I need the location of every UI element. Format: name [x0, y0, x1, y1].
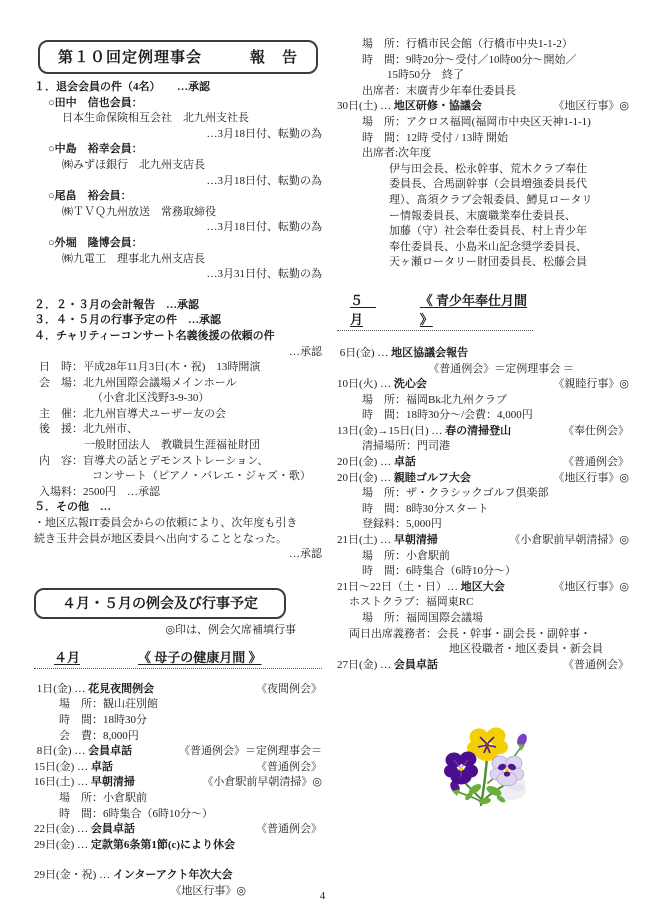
text-line: ㈱みずほ銀行 北九州支店長 — [34, 158, 322, 174]
event-annotation: 《夜間例会》 — [256, 682, 322, 698]
april-section-header: ４月 《 母子の健康月間 》 — [34, 647, 322, 669]
event-annotation: 《親睦行事》◎ — [553, 377, 629, 393]
event-title: 地区研修・協議会 — [394, 99, 482, 115]
may-theme-label: 《 青少年奉仕月間 》 — [420, 290, 533, 328]
text-line: …3月31日付、転勤の為 — [34, 267, 322, 283]
text-line: 伊与田会長、松永幹事、荒木クラブ奉仕 — [337, 162, 629, 178]
event-annotation: 《奉仕例会》 — [563, 424, 629, 440]
event-date: 30日(土) … — [337, 99, 394, 115]
left-column: 第１０回定例理事会 報 告 １．退会会員の件（4名） …承認○田中 信也会員：日… — [34, 40, 322, 900]
text-line: 入場料：2500円 …承認 — [34, 485, 322, 501]
text-line: 出席者:次年度 — [337, 146, 629, 162]
event-annotation: 《普通例会》 — [256, 822, 322, 838]
text-line: …3月18日付、転勤の為 — [34, 127, 322, 143]
text-line: ４．チャリティーコンサート名義後援の依頼の件 — [34, 329, 322, 345]
text-line: 場 所：観山荘別館 — [34, 697, 322, 713]
event-date: 10日(火) … — [337, 377, 394, 393]
text-line: 登録料：5,000円 — [337, 517, 629, 533]
text-line: 内 容：盲導犬の話とデモンストレーション、 — [34, 454, 322, 470]
event-date: 21日～22日（土・日）… — [337, 580, 461, 596]
event-annotation: 《地区行事》◎ — [553, 580, 629, 596]
text-line: …3月18日付、転勤の為 — [34, 174, 322, 190]
event-annotation: 《普通例会》 — [563, 658, 629, 674]
text-line: ○田中 信也会員： — [34, 96, 322, 112]
event-line: 1日(金) … 花見夜間例会《夜間例会》 — [34, 682, 322, 698]
event-title: 洗心会 — [394, 377, 427, 393]
may-section-header: ５ 月 《 青少年奉仕月間 》 — [337, 290, 533, 331]
event-line: 20日(金) … 親睦ゴルフ大会《地区行事》◎ — [337, 471, 629, 487]
text-line: 奉仕委員長、小島米山記念奨学委員長、 — [337, 240, 629, 256]
text-line: 日本生命保険相互会社 北九州支社長 — [34, 111, 322, 127]
event-line: 22日(金) … 会員卓話《普通例会》 — [34, 822, 322, 838]
event-date: 15日(金) … — [34, 760, 91, 776]
april-month-label: ４月 — [54, 647, 80, 666]
text-line: 時 間：12時 受付 / 13時 開始 — [337, 131, 629, 147]
text-line: 一般財団法人 教職員生涯福祉財団 — [34, 438, 322, 454]
text-line: ○外堀 隆博会員： — [34, 236, 322, 252]
event-line: 10日(火) … 洗心会《親睦行事》◎ — [337, 377, 629, 393]
event-date: 6日(金) … — [337, 346, 391, 362]
event-date: 29日(金) … — [34, 838, 91, 854]
event-annotation: 《普通例会》 — [563, 455, 629, 471]
text-line: 場 所：小倉駅前 — [34, 791, 322, 807]
text-line: …3月18日付、転勤の為 — [34, 220, 322, 236]
event-line: 13日(金)→15日(日) … 春の清掃登山《奉仕例会》 — [337, 424, 629, 440]
event-line: 29日(金・祝) … インターアクト年次大会 — [34, 868, 322, 884]
event-date: 29日(金・祝) … — [34, 868, 113, 884]
text-line: …承認 — [34, 345, 322, 361]
event-title: 地区大会 — [461, 580, 505, 596]
board-report-title-box: 第１０回定例理事会 報 告 — [38, 40, 318, 74]
bud-top-right — [515, 732, 529, 751]
event-title: 会員卓話 — [394, 658, 438, 674]
event-annotation: 《普通例会》 — [256, 760, 322, 776]
text-line: ホストクラブ：福岡東RC — [337, 595, 629, 611]
text-line: 時 間：9時20分～受付／10時00分～開始／ — [337, 53, 629, 69]
event-line: 21日～22日（土・日）… 地区大会《地区行事》◎ — [337, 580, 629, 596]
newsletter-page: 第１０回定例理事会 報 告 １．退会会員の件（4名） …承認○田中 信也会員：日… — [0, 0, 645, 913]
text-line: １．退会会員の件（4名） …承認 — [34, 80, 322, 96]
april-schedule-continued: 場 所：行橋市民会館（行橋市中央1-1-2）時 間：9時20分～受付／10時00… — [337, 37, 629, 271]
may-month-label: ５ 月 — [350, 290, 386, 328]
text-line: 日 時：平成28年11月3日(木・祝) 13時開演 — [34, 360, 322, 376]
text-line: 時 間：8時30分スタート — [337, 502, 629, 518]
text-line: …承認 — [34, 547, 322, 563]
event-line: 30日(土) … 地区研修・協議会《地区行事》◎ — [337, 99, 629, 115]
event-annotation: 《小倉駅前早朝清掃》◎ — [509, 533, 629, 549]
event-date: 8日(金) … — [34, 744, 88, 760]
right-column: 場 所：行橋市民会館（行橋市中央1-1-2）時 間：9時20分～受付／10時00… — [337, 37, 629, 673]
text-line: 時 間：18時30分～/会費：4,000円 — [337, 408, 629, 424]
text-line: 後 援：北九州市、 — [34, 422, 322, 438]
text-line: 両日出席義務者：会長・幹事・副会長・副幹事・ — [337, 627, 629, 643]
text-line: 出席者：末廣青少年奉仕委員長 — [337, 84, 629, 100]
event-line: 16日(土) … 早朝清掃《小倉駅前早朝清掃》◎ — [34, 775, 322, 791]
schedule-title: ４月・５月の例会及び行事予定 — [62, 597, 258, 612]
event-line: 20日(金) … 卓話《普通例会》 — [337, 455, 629, 471]
text-line: ・地区広報IT委員会からの依頼により、次年度も引き — [34, 516, 322, 532]
event-title: インターアクト年次大会 — [113, 868, 233, 884]
text-line: 加藤（守）社会奉仕委員長、村上青少年 — [337, 224, 629, 240]
purple-pansy — [444, 752, 478, 785]
may-schedule-list: 6日(金) … 地区協議会報告《普通例会》＝定例理事会 ＝10日(火) … 洗心… — [337, 346, 629, 673]
event-title: 早朝清掃 — [394, 533, 438, 549]
text-line: 場 所：行橋市民会館（行橋市中央1-1-2） — [337, 37, 629, 53]
event-date: 22日(金) … — [34, 822, 91, 838]
text-line: 場 所：福岡Bk北九州クラブ — [337, 393, 629, 409]
text-line: ２．２・３月の会計報告 …承認 — [34, 298, 322, 314]
text-line: 会 費：8,000円 — [34, 729, 322, 745]
event-line: 8日(金) … 会員卓話《普通例会》＝定例理事会＝ — [34, 744, 322, 760]
event-line: 29日(金) … 定款第6条第1節(c)により休会 — [34, 838, 322, 854]
text-line: 委員長、合馬副幹事（会員増強委員長代 — [337, 177, 629, 193]
text-line: 時 間：6時集合（6時10分～） — [337, 564, 629, 580]
event-line: 27日(金) … 会員卓話《普通例会》 — [337, 658, 629, 674]
april-schedule-list: 1日(金) … 花見夜間例会《夜間例会》場 所：観山荘別館時 間：18時30分会… — [34, 682, 322, 900]
event-title: 卓話 — [91, 760, 113, 776]
text-line: 天ヶ瀬ロータリー財団委員長、松藤会員 — [337, 255, 629, 271]
text-line: ５．その他 … — [34, 500, 322, 516]
text-line: 15時50分 終了 — [337, 68, 629, 84]
event-title: 花見夜間例会 — [88, 682, 154, 698]
text-line: ㈱九電工 理事北九州支店長 — [34, 252, 322, 268]
event-annotation: 《地区行事》◎ — [553, 471, 629, 487]
page-number: 4 — [0, 890, 645, 902]
text-line: 会 場：北九州国際会議場メインホール — [34, 376, 322, 392]
event-title: 会員卓話 — [88, 744, 132, 760]
event-title: 定款第6条第1節(c)により休会 — [91, 838, 235, 854]
event-date: 13日(金)→15日(日) … — [337, 424, 445, 440]
text-line: 主 催：北九州盲導犬ユーザー友の会 — [34, 407, 322, 423]
event-title: 早朝清掃 — [91, 775, 135, 791]
schedule-title-box: ４月・５月の例会及び行事予定 — [34, 588, 286, 619]
text-line: 場 所：ザ・クラシックゴルフ倶楽部 — [337, 486, 629, 502]
text-line: コンサート（ピアノ・バレエ・ジャズ・歌） — [34, 469, 322, 485]
event-line: 21日(土) … 早朝清掃《小倉駅前早朝清掃》◎ — [337, 533, 629, 549]
event-line: 6日(金) … 地区協議会報告 — [337, 346, 629, 362]
event-annotation: 《小倉駅前早朝清掃》◎ — [202, 775, 322, 791]
text-line: 場 所：小倉駅前 — [337, 549, 629, 565]
event-line: 15日(金) … 卓話《普通例会》 — [34, 760, 322, 776]
text-line: ー情報委員長、末廣職業奉仕委員長、 — [337, 209, 629, 225]
event-date: 20日(金) … — [337, 471, 394, 487]
text-line: 時 間：6時集合（6時10分～） — [34, 807, 322, 823]
text-line: 清掃場所：門司港 — [337, 439, 629, 455]
board-report-title: 第１０回定例理事会 報 告 — [58, 50, 298, 66]
event-annotation: 《普通例会》＝定例理事会＝ — [179, 744, 322, 760]
text-line: ㈱ＴＶＱ九州放送 常務取締役 — [34, 205, 322, 221]
event-title: 会員卓話 — [91, 822, 135, 838]
event-title: 卓話 — [394, 455, 416, 471]
event-annotation: 《地区行事》◎ — [553, 99, 629, 115]
event-title: 地区協議会報告 — [391, 346, 468, 362]
text-line: （小倉北区浅野3-9-30） — [34, 391, 322, 407]
event-title: 春の清掃登山 — [445, 424, 511, 440]
text-line: 場 所：福岡国際会議場 — [337, 611, 629, 627]
event-date: 1日(金) … — [34, 682, 88, 698]
schedule-note: ◎印は、例会欠席補填行事 — [34, 623, 296, 638]
text-line: 《普通例会》＝定例理事会 ＝ — [337, 362, 629, 378]
event-title: 親睦ゴルフ大会 — [394, 471, 471, 487]
text-line: ３．４・５月の行事予定の件 …承認 — [34, 313, 322, 329]
text-line: 理）、髙須クラブ会報委員、鱒見ロータリ — [337, 193, 629, 209]
event-date: 20日(金) … — [337, 455, 394, 471]
pansy-bouquet-illustration — [441, 727, 533, 813]
event-date: 21日(土) … — [337, 533, 394, 549]
text-line: 続き玉井会員が地区委員へ出向することとなった。 — [34, 532, 322, 548]
event-date: 27日(金) … — [337, 658, 394, 674]
april-theme-label: 《 母子の健康月間 》 — [138, 647, 262, 666]
text-line: ○尾畠 裕会員： — [34, 189, 322, 205]
text-line: 地区役職者・地区委員・新会員 — [337, 642, 629, 658]
board-report-body: １．退会会員の件（4名） …承認○田中 信也会員：日本生命保険相互会社 北九州支… — [34, 80, 322, 563]
text-line: 場 所：アクロス福岡(福岡市中央区天神1-1-1) — [337, 115, 629, 131]
text-line: 時 間：18時30分 — [34, 713, 322, 729]
text-line: ○中島 裕幸会員： — [34, 142, 322, 158]
event-date: 16日(土) … — [34, 775, 91, 791]
